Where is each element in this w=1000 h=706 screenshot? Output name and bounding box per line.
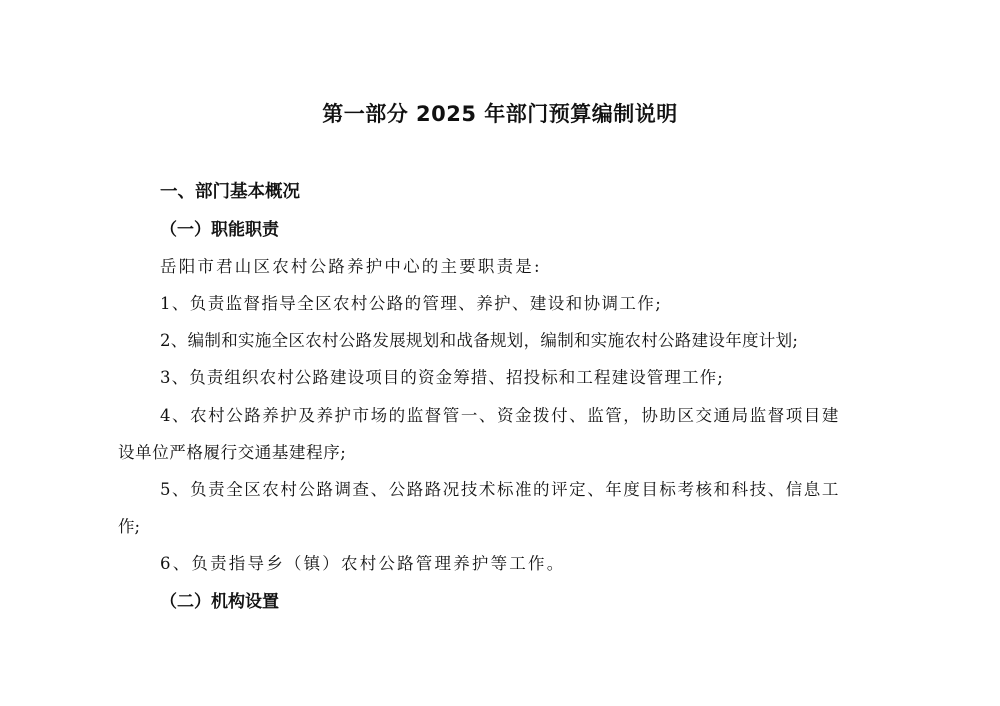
page-title: 第一部分 2025 年部门预算编制说明: [0, 98, 1000, 128]
duty-item-continuation: 设单位严格履行交通基建程序;: [118, 439, 346, 463]
duty-item: 3、负责组织农村公路建设项目的资金筹措、招投标和工程建设管理工作;: [160, 364, 724, 388]
duty-item: 1、负责监督指导全区农村公路的管理、养护、建设和协调工作;: [160, 290, 662, 314]
subsection-heading-duties: （一）职能职责: [160, 215, 279, 240]
section-heading: 一、部门基本概况: [160, 178, 300, 203]
duties-intro: 岳阳市君山区农村公路养护中心的主要职责是:: [160, 253, 542, 277]
document-page: 第一部分 2025 年部门预算编制说明 一、部门基本概况 （一）职能职责 岳阳市…: [0, 0, 1000, 706]
subsection-heading-organization: （二）机构设置: [160, 587, 279, 612]
duty-item: 5、负责全区农村公路调查、公路路况技术标准的评定、年度目标考核和科技、信息工: [160, 476, 840, 500]
duty-item: 2、编制和实施全区农村公路发展规划和战备规划，编制和实施农村公路建设年度计划;: [160, 327, 798, 351]
duty-item: 4、农村公路养护及养护市场的监督管一、资金拨付、监管，协助区交通局监督项目建: [160, 402, 840, 426]
duty-item: 6、负责指导乡（镇）农村公路管理养护等工作。: [160, 550, 565, 574]
duty-item-continuation: 作;: [118, 513, 140, 537]
